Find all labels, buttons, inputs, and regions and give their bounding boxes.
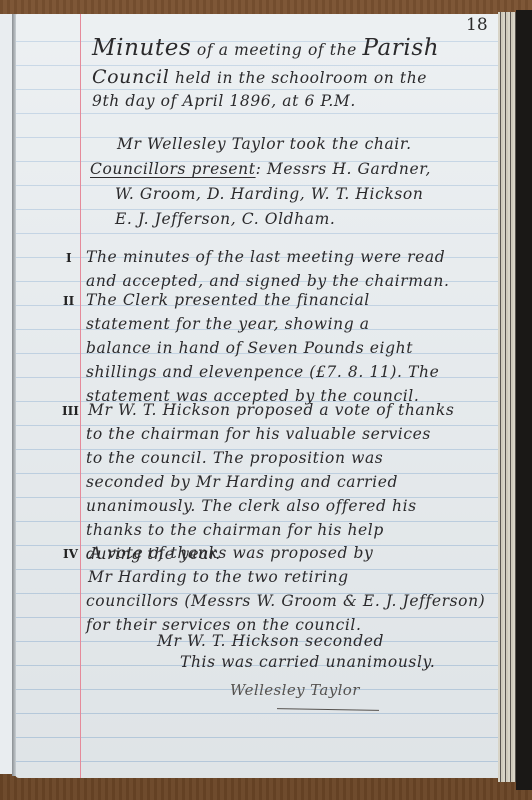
heading-line-3: 9th day of April 1896, at 6 P.M. [92, 92, 356, 110]
chair-line: Mr Wellesley Taylor took the chair. [117, 135, 412, 153]
item-line: Mr W. T. Hickson proposed a vote of than… [88, 401, 454, 419]
heading-parish: Parish [362, 35, 439, 61]
item-line: The minutes of the last meeting were rea… [86, 248, 445, 266]
item-line: Mr Harding to the two retiring [88, 568, 349, 586]
heading-line-2: Council held in the schoolroom on the [92, 66, 427, 88]
item-line: statement for the year, showing a [86, 315, 370, 333]
heading-text-1: of a meeting of the [191, 41, 362, 59]
book-cover-edge [516, 10, 532, 790]
present-line-1: Councillors present: Messrs H. Gardner, [90, 160, 431, 178]
item-line: unanimously. The clerk also offered his [86, 497, 417, 515]
page-number: 18 [466, 15, 488, 35]
heading-line-1: Minutes of a meeting of the Parish [92, 35, 439, 61]
carried-line: This was carried unanimously. [180, 653, 435, 671]
item-line: shillings and elevenpence (£7. 8. 11). T… [86, 363, 439, 381]
chairman-signature: Wellesley Taylor [230, 681, 360, 699]
item-line: A vote of thanks was proposed by [90, 544, 373, 562]
present-line-3: E. J. Jefferson, C. Oldham. [115, 210, 335, 228]
item-line: councillors (Messrs W. Groom & E. J. Jef… [86, 592, 485, 610]
item-line: thanks to the chairman for his help [86, 521, 384, 539]
red-margin-line [80, 14, 81, 778]
item-line: to the council. The proposition was [86, 449, 383, 467]
item-numeral: IV [63, 547, 78, 561]
item-line: and accepted, and signed by the chairman… [86, 272, 450, 290]
item-line: The Clerk presented the financial [86, 291, 370, 309]
item-numeral: II [63, 294, 74, 308]
book-gutter [12, 14, 16, 776]
item-numeral: I [66, 251, 72, 265]
page-stack-edges [498, 12, 518, 782]
item-line: balance in hand of Seven Pounds eight [86, 339, 413, 357]
heading-council: Council [92, 66, 169, 88]
seconded-line: Mr W. T. Hickson seconded [157, 632, 384, 650]
present-label: Councillors present [90, 160, 256, 178]
item-numeral: III [62, 404, 79, 418]
present-names-1: : Messrs H. Gardner, [256, 160, 432, 178]
item-line: to the chairman for his valuable service… [86, 425, 431, 443]
item-line: seconded by Mr Harding and carried [86, 473, 398, 491]
present-line-2: W. Groom, D. Harding, W. T. Hickson [115, 185, 423, 203]
heading-text-2: held in the schoolroom on the [169, 69, 427, 87]
heading-minutes: Minutes [92, 35, 191, 61]
